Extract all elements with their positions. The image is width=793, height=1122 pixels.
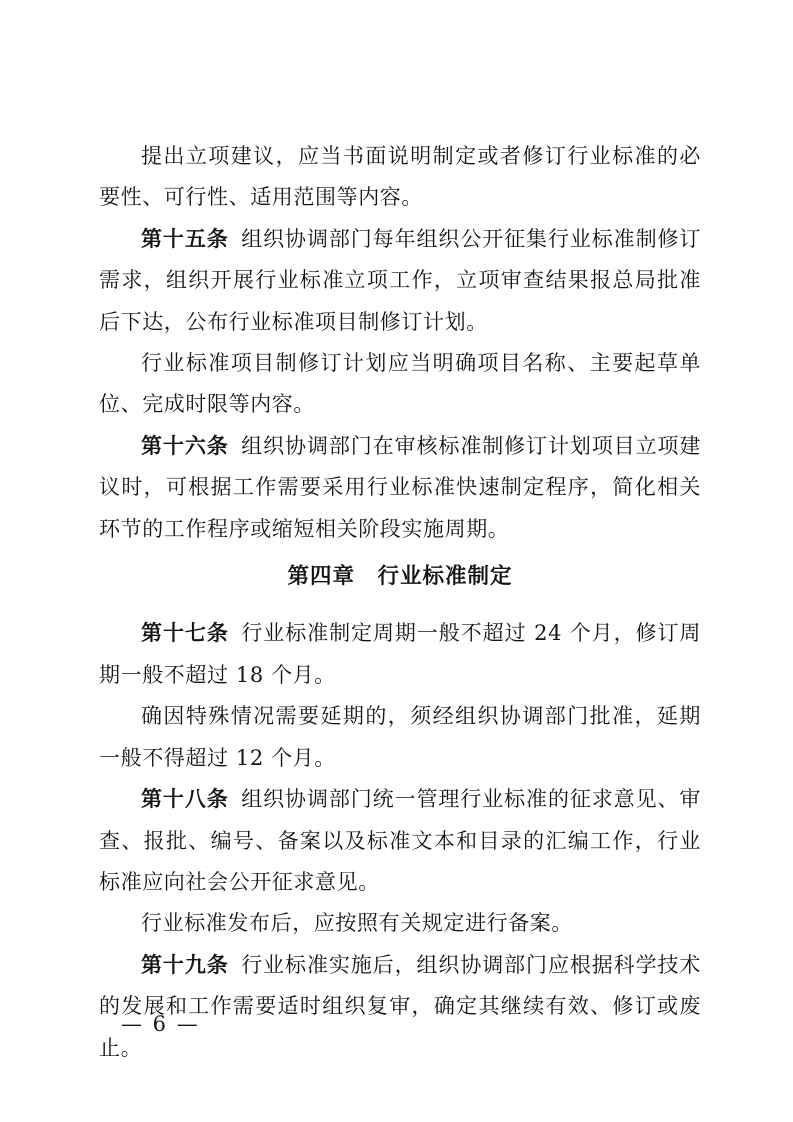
document-page: 提出立项建议，应当书面说明制定或者修订行业标准的必要性、可行性、适用范围等内容。… <box>0 0 793 1122</box>
article-16-paragraph: 第十六条组织协调部门在审核标准制修订计划项目立项建议时，可根据工作需要采用行业标… <box>99 426 701 550</box>
filing-paragraph: 行业标准发布后，应按照有关规定进行备案。 <box>99 903 701 944</box>
article-17-number: 第十七条 <box>141 621 229 645</box>
continuation-paragraph: 提出立项建议，应当书面说明制定或者修订行业标准的必要性、可行性、适用范围等内容。 <box>99 136 701 219</box>
paragraph-text: 行业标准项目制修订计划应当明确项目名称、主要起草单位、完成时限等内容。 <box>99 351 701 416</box>
page-number: — 6 — <box>121 1012 200 1036</box>
paragraph-text: 行业标准发布后，应按照有关规定进行备案。 <box>141 911 573 935</box>
paragraph-text: 确因特殊情况需要延期的，须经组织协调部门批准，延期一般不得超过 12 个月。 <box>99 704 701 769</box>
article-16-number: 第十六条 <box>141 434 229 458</box>
article-15-number: 第十五条 <box>141 227 229 251</box>
document-body: 提出立项建议，应当书面说明制定或者修订行业标准的必要性、可行性、适用范围等内容。… <box>99 136 701 1069</box>
plan-content-paragraph: 行业标准项目制修订计划应当明确项目名称、主要起草单位、完成时限等内容。 <box>99 343 701 426</box>
chapter-4-heading: 第四章 行业标准制定 <box>99 556 701 597</box>
paragraph-text: 提出立项建议，应当书面说明制定或者修订行业标准的必要性、可行性、适用范围等内容。 <box>99 144 701 209</box>
article-18-paragraph: 第十八条组织协调部门统一管理行业标准的征求意见、审查、报批、编号、备案以及标准文… <box>99 779 701 903</box>
extension-paragraph: 确因特殊情况需要延期的，须经组织协调部门批准，延期一般不得超过 12 个月。 <box>99 696 701 779</box>
article-18-number: 第十八条 <box>141 787 229 811</box>
article-19-paragraph: 第十九条行业标准实施后，组织协调部门应根据科学技术的发展和工作需要适时组织复审，… <box>99 945 701 1069</box>
article-17-paragraph: 第十七条行业标准制定周期一般不超过 24 个月，修订周期一般不超过 18 个月。 <box>99 613 701 696</box>
article-19-number: 第十九条 <box>141 953 229 977</box>
article-15-paragraph: 第十五条组织协调部门每年组织公开征集行业标准制修订需求，组织开展行业标准立项工作… <box>99 219 701 343</box>
